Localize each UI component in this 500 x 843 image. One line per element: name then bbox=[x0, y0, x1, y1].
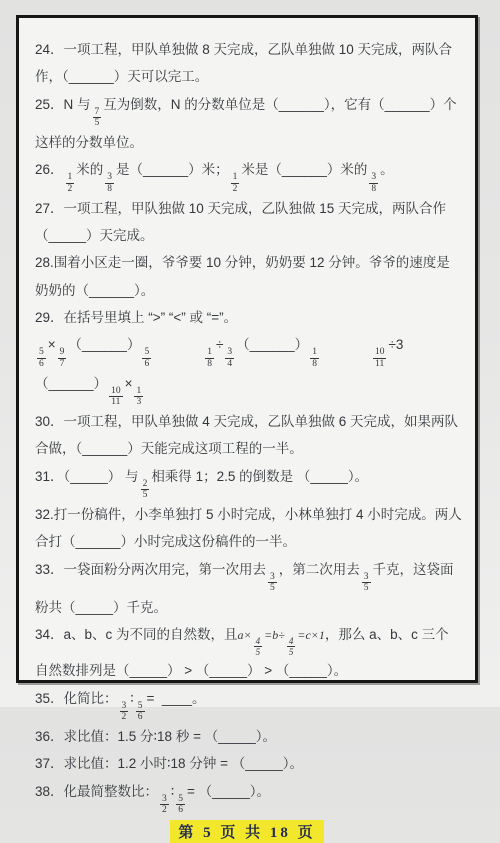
fraction: 25 bbox=[141, 479, 150, 501]
fraction: 35 bbox=[268, 572, 277, 594]
fraction: 56 bbox=[136, 701, 145, 707]
fraction: 1011 bbox=[109, 386, 123, 408]
question-35: 35．化简比：32∶56= ____。 bbox=[35, 685, 462, 707]
question-text: 相乘得 1；2.5 的倒数是 （_____）。 bbox=[151, 469, 368, 484]
question-27: 27．一项工程，甲队独做 10 天完成，乙队独做 15 天完成，两队合作（___… bbox=[35, 195, 462, 250]
question-text: 32.打一份稿件，小李单独打 5 小时完成，小林单独打 4 小时完成。两人合打（… bbox=[35, 507, 462, 549]
question-text: 26． bbox=[35, 162, 64, 177]
question-list: 24．一项工程，甲队单独做 8 天完成，乙队单独做 10 天完成，两队合作，（_… bbox=[19, 18, 475, 707]
question-30: 30．一项工程，甲队单独做 4 天完成，乙队单独做 6 天完成，如果两队合做，（… bbox=[35, 408, 462, 463]
question-26: 26．12米的38是（______）米；12米是（______）米的38。 bbox=[35, 156, 462, 194]
fraction: 12 bbox=[231, 172, 240, 194]
question-text: 31．（_____） 与 bbox=[35, 469, 139, 484]
fraction: 32 bbox=[120, 701, 129, 707]
spacer bbox=[153, 348, 203, 349]
question-33: 33．一袋面粉分两次用完，第一次用去35，第二次用去35千克，这袋面粉共（___… bbox=[35, 556, 462, 622]
question-text: 25．N 与 bbox=[35, 97, 91, 112]
question-text: 27．一项工程，甲队独做 10 天完成，乙队独做 15 天完成，两队合作（___… bbox=[35, 201, 446, 243]
question-29: 29．在括号里填上 “>” “<” 或 “=”。56×97（______）561… bbox=[35, 304, 462, 408]
fraction: 56 bbox=[142, 347, 151, 369]
question-text: 24．一项工程，甲队单独做 8 天完成，乙队单独做 10 天完成，两队合作，（_… bbox=[35, 42, 452, 84]
question-text: 34．a、b、c 为不同的自然数，且 bbox=[35, 627, 238, 642]
fraction: 75 bbox=[93, 107, 102, 129]
question-text: 33．一袋面粉分两次用完，第一次用去 bbox=[35, 562, 266, 577]
question-28: 28.围着小区走一圈，爷爷要 10 分钟，奶奶要 12 分钟。爷爷的速度是奶奶的… bbox=[35, 249, 462, 304]
fraction: 56 bbox=[37, 347, 46, 369]
question-text: × bbox=[48, 337, 56, 352]
fraction: 38 bbox=[105, 172, 114, 194]
question-text: ∶ bbox=[130, 691, 134, 706]
question-text: 米是（______）米的 bbox=[241, 162, 367, 177]
question-24: 24．一项工程，甲队单独做 8 天完成，乙队单独做 10 天完成，两队合作，（_… bbox=[35, 36, 462, 91]
fraction: 45 bbox=[287, 636, 296, 657]
question-text: 30．一项工程，甲队单独做 4 天完成，乙队单独做 6 天完成，如果两队合做，（… bbox=[35, 414, 458, 456]
question-34: 34．a、b、c 为不同的自然数，且a×45=b÷45=c×1，那么 a、b、c… bbox=[35, 621, 462, 684]
worksheet-page: 24．一项工程，甲队单独做 8 天完成，乙队单独做 10 天完成，两队合作，（_… bbox=[16, 15, 478, 683]
question-text: （______） bbox=[236, 337, 308, 352]
fraction: 45 bbox=[254, 636, 263, 657]
question-25: 25．N 与75互为倒数，N 的分数单位是（______），它有（______）… bbox=[35, 91, 462, 157]
fraction: 1011 bbox=[373, 347, 387, 369]
question-text: 28.围着小区走一圈，爷爷要 10 分钟，奶奶要 12 分钟。爷爷的速度是奶奶的… bbox=[35, 255, 450, 297]
fraction: 12 bbox=[66, 172, 75, 194]
question-32: 32.打一份稿件，小李单独打 5 小时完成，小林单独打 4 小时完成。两人合打（… bbox=[35, 501, 462, 556]
question-text: = ____。 bbox=[147, 691, 206, 706]
question-31: 31．（_____） 与25相乘得 1；2.5 的倒数是 （_____）。 bbox=[35, 463, 462, 501]
question-text: （______） bbox=[68, 337, 140, 352]
question-text: ÷ bbox=[216, 337, 223, 352]
fraction: 38 bbox=[369, 172, 378, 194]
question-text: a× bbox=[238, 628, 252, 642]
question-text: =b÷ bbox=[264, 628, 285, 642]
question-text: =c×1 bbox=[297, 628, 325, 642]
spacer bbox=[321, 348, 371, 349]
fraction: 35 bbox=[362, 572, 371, 594]
question-text: 是（______）米； bbox=[116, 162, 229, 177]
fraction: 18 bbox=[310, 347, 319, 369]
question-text: 35．化简比： bbox=[35, 691, 118, 706]
fraction: 97 bbox=[58, 347, 67, 369]
question-text: 29．在括号里填上 “>” “<” 或 “=”。 bbox=[35, 310, 237, 325]
fraction: 18 bbox=[205, 347, 214, 369]
question-text: × bbox=[125, 376, 133, 391]
question-text: 。 bbox=[380, 162, 394, 177]
question-text: ，第二次用去 bbox=[279, 562, 360, 577]
fraction: 34 bbox=[225, 347, 234, 369]
question-text: 米的 bbox=[76, 162, 103, 177]
fraction: 13 bbox=[134, 386, 143, 408]
